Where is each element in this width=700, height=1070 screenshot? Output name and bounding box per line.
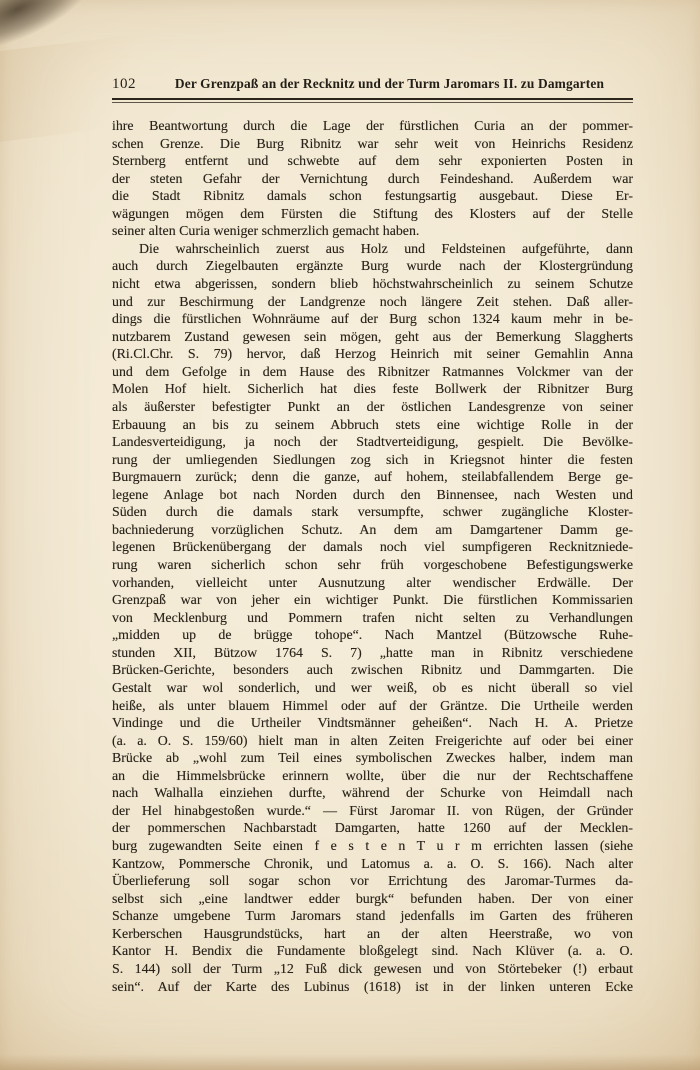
text-line: legene Anlage bot nach Norden durch den … [112,487,633,505]
text-line: Gestalt war wol sonderlich, und wer weiß… [112,680,633,698]
text-line: Erbauung an bis zu seinem Abbruch stets … [112,417,633,435]
page-corner-smudge [0,0,101,56]
text-line: burg zugewandten Seite einen f e s t e n… [112,838,633,856]
text-line: selbst sich „eine landtwer edder burgk“ … [112,891,633,909]
text-line: bachniederung vorzüglichen Schutz. An de… [112,522,633,540]
text-line: von Mecklenburg und Pommern trafen nicht… [112,610,633,628]
text-line: nutzbarem Zustand gewesen sein mögen, ge… [112,329,633,347]
scanned-book-page: 102 Der Grenzpaß an der Recknitz und der… [0,0,700,1070]
text-line: rung waren sicherlich schon sehr früh vo… [112,557,633,575]
text-line: Burgmauern zurück; denn die ganze, auf h… [112,469,633,487]
text-line: sein“. Auf der Karte des Lubinus (1618) … [112,979,633,997]
running-title: Der Grenzpaß an der Recknitz und der Tur… [136,76,633,92]
paragraph: ihre Beantwortung durch die Lage der für… [112,118,633,241]
text-line: Vindinge und die Urtheiler Vindtsmänner … [112,715,633,733]
text-line: der steten Gefahr der Vernichtung durch … [112,171,633,189]
text-line: schen Grenze. Die Burg Ribnitz war sehr … [112,136,633,154]
text-line: S. 144) soll der Turm „12 Fuß dick gewes… [112,961,633,979]
paragraph: Die wahrscheinlich zuerst aus Holz und F… [112,241,633,996]
text-line: der pommerschen Nachbarstadt Damgarten, … [112,820,633,838]
page-text: ihre Beantwortung durch die Lage der für… [112,118,633,996]
text-line: vorhanden, vielleicht unter Ausnutzung a… [112,575,633,593]
text-line: Süden durch die damals stark versumpfte,… [112,504,633,522]
text-line: Überlieferung soll sogar schon vor Erric… [112,873,633,891]
text-line: Schanze umgebene Turm Jaromars stand jed… [112,908,633,926]
text-line: Sternberg entfernt und schwebte auf dem … [112,153,633,171]
text-line: auch durch Ziegelbauten ergänzte Burg wu… [112,258,633,276]
text-line: als äußerster befestigter Punkt an der ö… [112,399,633,417]
text-line: Kantor H. Bendix die Fundamente bloßgele… [112,943,633,961]
running-header: 102 Der Grenzpaß an der Recknitz und der… [112,76,633,93]
text-line: an die Himmelsbrücke erinnern wollte, üb… [112,768,633,786]
text-line: Grenzpaß war von jeher ein wichtiger Pun… [112,592,633,610]
text-line: und zur Beschirmung der Landgrenze noch … [112,294,633,312]
text-line: wägungen mögen dem Fürsten die Stiftung … [112,206,633,224]
text-line: nach Walhalla einziehen durfte, während … [112,785,633,803]
text-line: nicht etwa abgerissen, sondern blieb höc… [112,276,633,294]
text-line: (Ri.Cl.Chr. S. 79) hervor, daß Herzog He… [112,346,633,364]
page-number: 102 [112,76,136,93]
text-line: Molen Hof hielt. Sicherlich hat dies fes… [112,381,633,399]
text-line: Brücken-Gerichte, besonders auch zwische… [112,662,633,680]
text-line: (a. a. O. S. 159/60) hielt man in alten … [112,733,633,751]
text-line: Die wahrscheinlich zuerst aus Holz und F… [112,241,633,259]
text-line: Kerberschen Hausgrundstücks, hart an der… [112,926,633,944]
text-line: „midden up de brügge tohope“. Nach Mantz… [112,627,633,645]
text-line: die Stadt Ribnitz damals schon festungsa… [112,188,633,206]
text-line: ihre Beantwortung durch die Lage der für… [112,118,633,136]
text-line: und dem Gefolge in dem Hause des Ribnitz… [112,364,633,382]
text-line: seiner alten Curia weniger schmerzlich g… [112,223,633,241]
text-line: rung der umliegenden Siedlungen zog sich… [112,452,633,470]
text-line: der Hel hinabgestoßen wurde.“ — Fürst Ja… [112,803,633,821]
text-line: Kantzow, Pommersche Chronik, und Latomus… [112,856,633,874]
header-rule-thin [112,102,633,103]
text-line: stunden XII, Bützow 1764 S. 7) „hatte ma… [112,645,633,663]
text-line: heiße, als unter blauem Himmel oder auf … [112,698,633,716]
text-line: dings die fürstlichen Wohnräume auf der … [112,311,633,329]
header-rule-thick [112,98,633,100]
text-line: Landesverteidigung, ja noch der Stadtver… [112,434,633,452]
text-line: legenen Brückenübergang der damals noch … [112,539,633,557]
page-content: 102 Der Grenzpaß an der Recknitz und der… [112,76,633,996]
text-line: Brücke ab „wohl zum Teil eines symbolisc… [112,750,633,768]
